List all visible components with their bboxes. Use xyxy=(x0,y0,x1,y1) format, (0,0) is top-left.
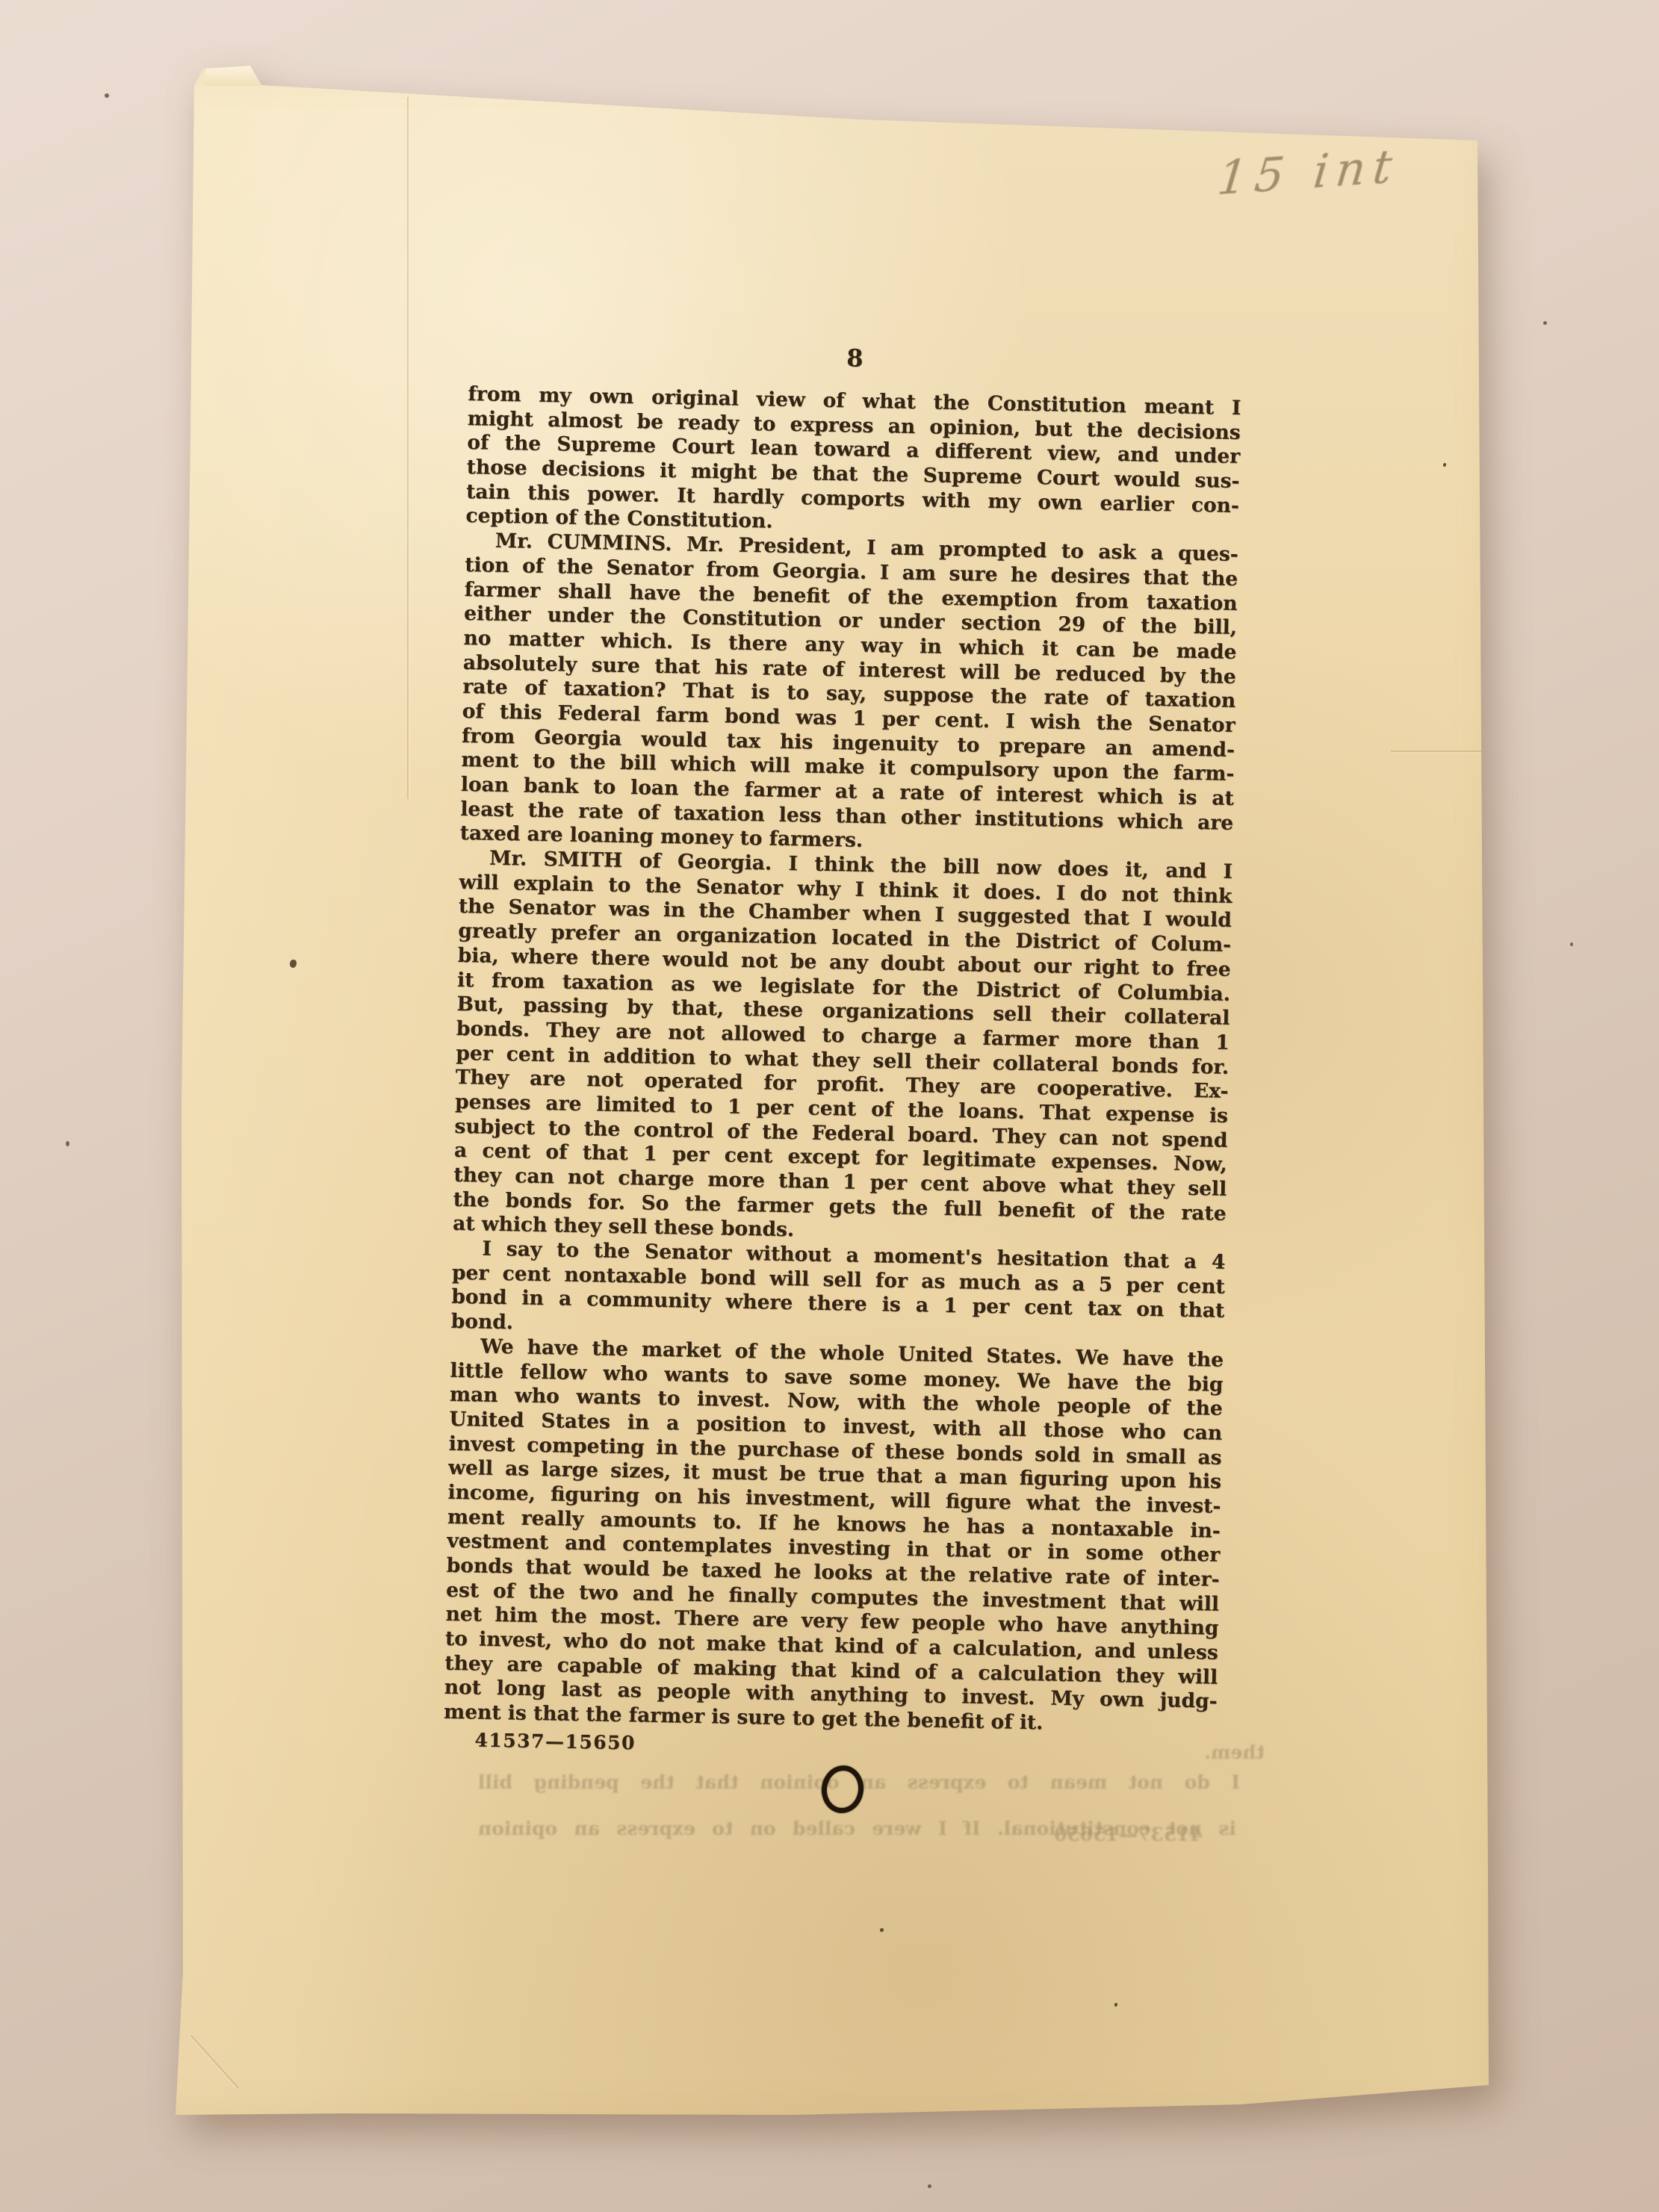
dust-speck xyxy=(1570,942,1573,946)
paragraph: Mr. CUMMINS. Mr. President, I am prompte… xyxy=(459,529,1238,860)
ink-speck xyxy=(1114,2003,1117,2007)
paragraphs-container: from my own original view of what the Co… xyxy=(444,382,1241,1739)
folded-corner xyxy=(200,66,264,88)
dust-speck xyxy=(105,93,109,98)
ink-speck xyxy=(290,960,297,968)
bleed-through-print-code: 41537—15650 xyxy=(1049,1824,1203,1846)
dust-speck xyxy=(1543,321,1547,325)
paragraph: Mr. SMITH of Georgia. I think the bill n… xyxy=(453,846,1232,1251)
bleed-through-text: them. xyxy=(1182,1742,1265,1764)
crease-line xyxy=(407,97,409,799)
crease-line xyxy=(190,2035,239,2089)
paragraph: from my own original view of what the Co… xyxy=(465,382,1241,543)
printed-text-block: 8 from my own original view of what the … xyxy=(443,335,1242,1765)
handwritten-note: 15 int xyxy=(1215,130,1519,206)
paragraph: I say to the Senator without a moment's … xyxy=(450,1237,1225,1349)
paragraph: We have the market of the whole United S… xyxy=(444,1335,1224,1739)
ink-speck xyxy=(1443,463,1446,467)
dust-speck xyxy=(928,2184,931,2188)
crease-line xyxy=(1391,751,1484,752)
photo-background: 8 from my own original view of what the … xyxy=(0,0,1659,2212)
ink-speck xyxy=(1436,123,1439,128)
ink-speck xyxy=(880,1928,884,1932)
dust-speck xyxy=(66,1141,69,1146)
